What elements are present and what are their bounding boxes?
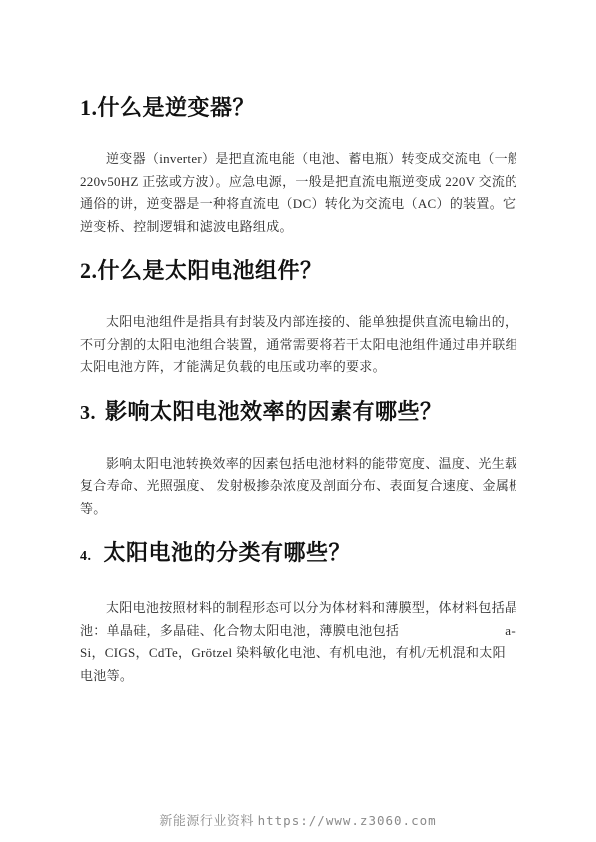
paragraph-line: 等。	[80, 498, 516, 521]
paragraph-line: 不可分割的太阳电池组合装置，通常需要将若干太阳电池组件通过串并联组成	[80, 334, 516, 357]
section-heading-1: 1.什么是逆变器？	[80, 94, 516, 122]
paragraph-line: 复合寿命、光照强度、 发射极掺杂浓度及剖面分布、表面复合速度、金属栅线	[80, 475, 516, 498]
footer-url: https://www.z3060.com	[258, 813, 437, 828]
paragraph-line: 太阳电池组件是指具有封装及内部连接的、能单独提供直流电输出的，最小	[80, 311, 516, 334]
section-heading-4: 4.太阳电池的分类有哪些？	[80, 539, 516, 571]
section-paragraph-1: 逆变器（inverter）是把直流电能（电池、蓄电瓶）转变成交流电（一般为 22…	[80, 148, 516, 238]
section-number-1: 1.	[80, 95, 98, 120]
paragraph-line: 逆变器（inverter）是把直流电能（电池、蓄电瓶）转变成交流电（一般为	[80, 148, 516, 171]
paragraph-line: 逆变桥、控制逻辑和滤波电路组成。	[80, 216, 516, 239]
paragraph-line-split: 池：单晶硅，多晶硅、化合物太阳电池，薄膜电池包括 a-	[80, 620, 516, 643]
paragraph-line: Si，CIGS，CdTe，Grötzel 染料敏化电池、有机电池，有机/无机混和…	[80, 642, 516, 687]
paragraph-line: 影响太阳电池转换效率的因素包括电池材料的能带宽度、温度、光生载流子	[80, 453, 516, 476]
section-number-3: 3.	[80, 402, 96, 424]
document-page: 1.什么是逆变器？ 逆变器（inverter）是把直流电能（电池、蓄电瓶）转变成…	[0, 0, 596, 842]
section-title-4: 太阳电池的分类有哪些？	[104, 540, 352, 565]
section-title-2: 什么是太阳电池组件？	[98, 258, 323, 283]
section-number-4: 4.	[80, 549, 92, 564]
section-paragraph-2: 太阳电池组件是指具有封装及内部连接的、能单独提供直流电输出的，最小 不可分割的太…	[80, 311, 516, 379]
paragraph-line: 220v50HZ 正弦或方波）。应急电源，一般是把直流电瓶逆变成 220V 交流…	[80, 171, 516, 194]
section-heading-3: 3.影响太阳电池效率的因素有哪些？	[80, 398, 516, 427]
paragraph-line: 太阳电池方阵，才能满足负载的电压或功率的要求。	[80, 356, 516, 379]
paragraph-line: 通俗的讲，逆变器是一种将直流电（DC）转化为交流电（AC）的装置。它由	[80, 193, 516, 216]
section-number-2: 2.	[80, 258, 98, 283]
section-title-1: 什么是逆变器？	[98, 95, 256, 120]
section-paragraph-4: 太阳电池按照材料的制程形态可以分为体材料和薄膜型，体材料包括晶硅电 池：单晶硅，…	[80, 597, 516, 687]
section-title-3: 影响太阳电池效率的因素有哪些？	[105, 399, 443, 424]
document-content: 1.什么是逆变器？ 逆变器（inverter）是把直流电能（电池、蓄电瓶）转变成…	[80, 94, 516, 687]
split-line-right: a-	[505, 620, 516, 643]
paragraph-line: 太阳电池按照材料的制程形态可以分为体材料和薄膜型，体材料包括晶硅电	[80, 597, 516, 620]
section-heading-2: 2.什么是太阳电池组件？	[80, 257, 516, 285]
split-line-left: 池：单晶硅，多晶硅、化合物太阳电池，薄膜电池包括	[80, 620, 399, 643]
section-paragraph-3: 影响太阳电池转换效率的因素包括电池材料的能带宽度、温度、光生载流子 复合寿命、光…	[80, 453, 516, 521]
footer-watermark: 新能源行业资料 https://www.z3060.com	[0, 810, 596, 829]
footer-label: 新能源行业资料	[159, 813, 254, 828]
